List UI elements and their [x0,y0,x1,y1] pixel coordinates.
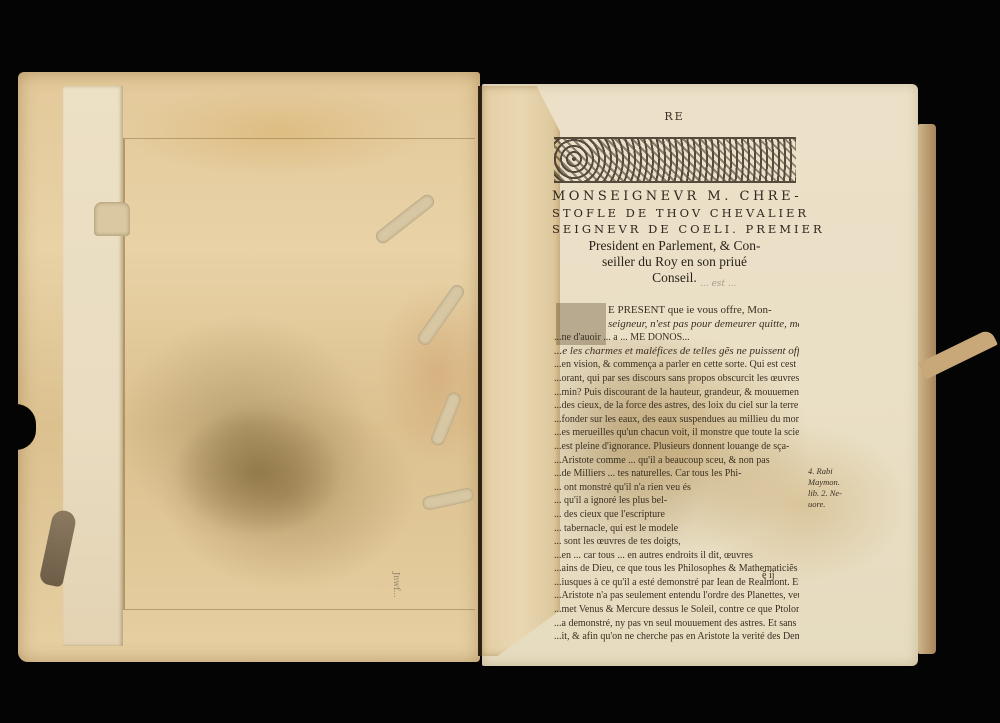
text-line: ...fonder sur les eaux, des eaux suspend… [554,413,799,427]
vellum-stub [482,86,560,656]
text-line: ... ont monstré qu'il n'a rien veu és [554,481,799,495]
text-line: ...est pleine d'ignorance. Plusieurs don… [554,440,799,454]
marginal-sidenote: 4. Rabi Maymon. lib. 2. Ne- uore. [808,466,842,510]
body-text: E PRESENT que ie vous offre, Mon- seigne… [554,304,799,644]
dedication-line: MONSEIGNEVR M. CHRE- [552,189,797,204]
text-line: ...a demonstré, ny pas vn seul mouuement… [554,617,799,631]
text-line: ...met Venus & Mercure dessus le Soleil,… [554,603,799,617]
dedication-line: STOFLE DE THOV CHEVALIER [552,206,797,220]
pencil-note: Jnwf... [392,572,401,598]
cover-notch [14,404,36,450]
text-block-fore-edge [918,124,936,654]
headpiece-ornament-icon [554,137,796,183]
left-page-vellum-cover: Jnwf... [18,72,480,662]
text-line: ...es merueilles qu'un chacun voit, il m… [554,426,799,440]
text-line: ...Aristote n'a pas seulement entendu l'… [554,589,799,603]
sidenote-line: Maymon. [808,477,842,488]
dedication-line: President en Parlement, & Con- [552,238,797,254]
text-line: E PRESENT que ie vous offre, Mon- [554,304,799,318]
handwritten-annotation: ... est ... [700,279,736,289]
vellum-turn-in-strip [63,86,123,646]
signature-mark: ẽ ij [762,570,775,581]
sidenote-line: lib. 2. Ne- [808,488,842,499]
dedication-block: RE MONSEIGNEVR M. CHRE- STOFLE DE THOV C… [552,110,797,286]
text-line: ...it, & afin qu'on ne cherche pas en Ar… [554,630,799,644]
text-line: ...en ... car tous ... en autres endroit… [554,549,799,563]
sidenote-line: 4. Rabi [808,466,842,477]
dedication-line: Conseil. [552,270,797,286]
text-line: ... des cieux que l'escripture [554,508,799,522]
text-line: ...des cieux, de la force des astres, de… [554,399,799,413]
text-line: ...Aristote comme ... qu'il a beaucoup s… [554,454,799,468]
vellum-tab [94,202,130,236]
text-line: ...orant, qui par ses discours sans prop… [554,372,799,386]
dedication-line: SEIGNEVR DE COELI. PREMIER [552,222,797,236]
running-head: RE [552,110,797,123]
sidenote-line: uore. [808,499,842,510]
photo-scene: Jnwf... RE MONSEIGNEVR M. CHRE- STOFLE D… [0,0,1000,723]
text-line: ...e les charmes et maléfices de telles … [554,345,799,359]
text-line: ... qu'il a ignoré les plus bel- [554,494,799,508]
text-line: ...de Milliers ... tes naturelles. Car t… [554,467,799,481]
text-line: ...en vision, & commença a parler en cet… [554,358,799,372]
text-line: ... sont les œuvres de tes doigts, [554,535,799,549]
text-line: ...min? Puis discourant de la hauteur, g… [554,386,799,400]
dedication-heading: MONSEIGNEVR M. CHRE- STOFLE DE THOV CHEV… [552,189,797,286]
text-line: ... tabernacle, qui est le modele [554,522,799,536]
text-line: ...ne d'auoir ... a ... ME DONOS... [554,331,799,345]
text-line: seigneur, n'est pas pour demeurer quitte… [554,318,799,332]
dedication-line: seiller du Roy en son priué [552,254,797,270]
